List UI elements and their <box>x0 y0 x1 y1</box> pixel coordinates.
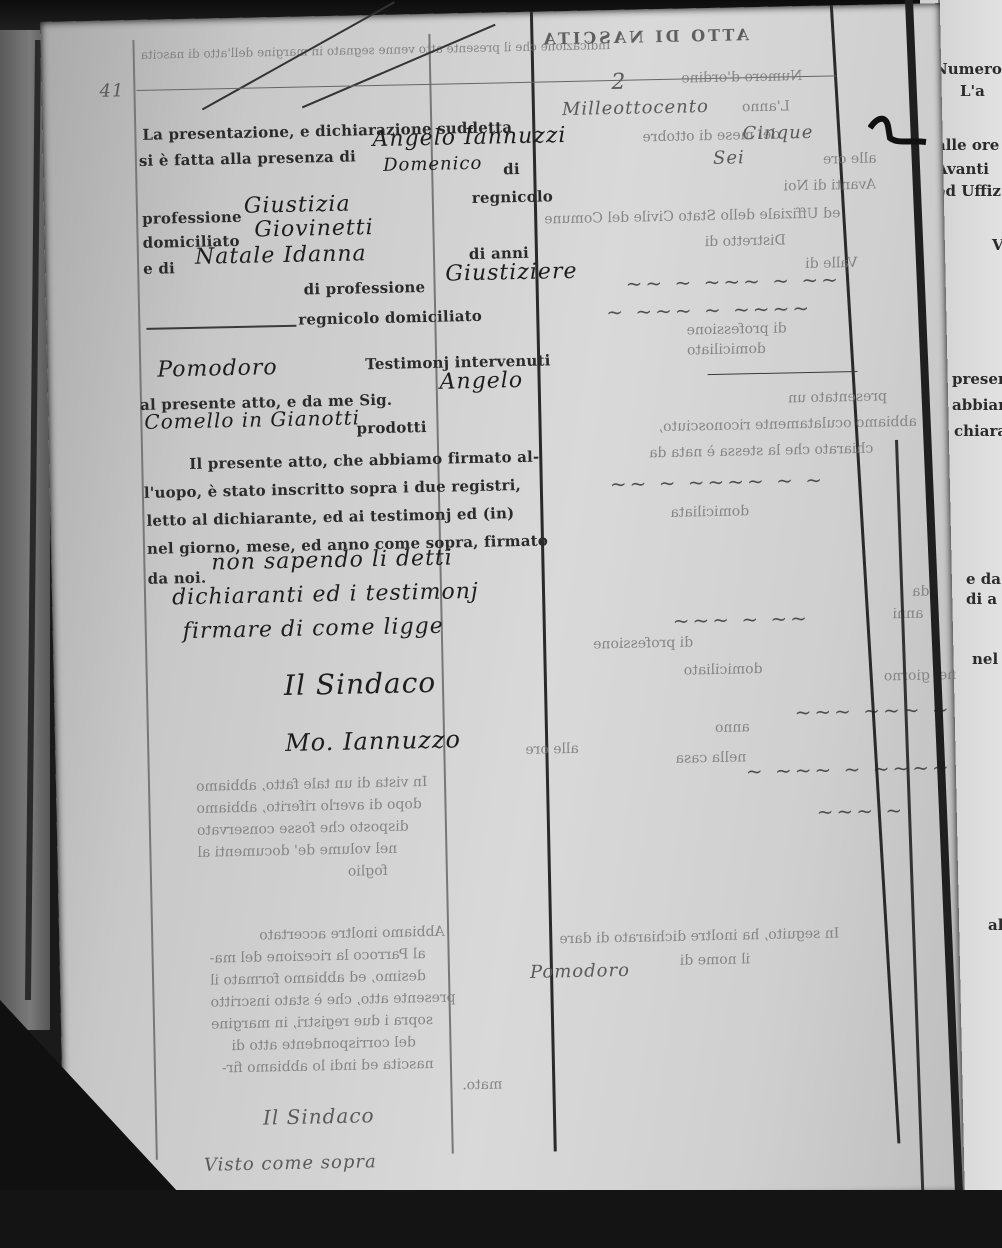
right-page-line: abbiam <box>952 396 1002 414</box>
mirrored-text: domiciliato <box>687 341 766 359</box>
handwritten-note: dichiaranti ed i testimonj <box>172 579 479 610</box>
right-page-line: L'a <box>960 82 985 100</box>
handwritten-day: Cinque <box>742 122 813 144</box>
handwritten-place: Giovinetti <box>254 215 374 242</box>
bleed-through-ink: ~ ~~~ ~ ~~~~ <box>746 755 952 783</box>
mirrored-text: Avanti di Noi <box>783 177 876 195</box>
mirrored-text: chiarato che la stessa è nata da <box>649 441 873 462</box>
right-page-line: ed Uffiz <box>936 182 1001 200</box>
bleed-through-ink: ~~ ~ ~~~ ~ ~~ <box>625 267 841 296</box>
photo-background-bottom <box>0 1190 1002 1248</box>
mirrored-text: Abbiamo inoltre accertato <box>259 924 445 944</box>
handwritten-name: Angelo Iannuzzi <box>372 123 566 152</box>
mirrored-text: Numero d'ordine <box>681 68 802 87</box>
mirrored-text: di professione <box>686 320 786 338</box>
bleed-through-ink: ~~~ ~~~ ~ <box>794 697 951 724</box>
handwritten-profession: Giustizia <box>244 192 351 219</box>
mirrored-text: mato. <box>462 1077 502 1094</box>
right-page-line: al <box>988 916 1002 934</box>
right-page-line: Avanti <box>936 160 989 178</box>
bottom-signature: Il Sindaco <box>263 1103 375 1129</box>
mirrored-text: disposto che fosse conservato <box>197 818 409 838</box>
handwritten-name: Angelo <box>439 368 523 395</box>
fill-line <box>708 371 858 375</box>
mirrored-text: In vista di un tale fatto, abbiamo <box>196 774 428 795</box>
right-page-line: chiara <box>954 422 1002 440</box>
mirrored-text: presentato un <box>788 388 887 406</box>
right-page-line: di a <box>966 590 997 608</box>
mirrored-text: di professione <box>593 634 693 652</box>
mirrored-text: L'anno <box>742 98 790 115</box>
handwritten-name: Natale Idanna <box>195 241 367 270</box>
mirrored-text: desimo, ed abbiamo formato il <box>210 968 426 989</box>
fill-line <box>146 325 296 330</box>
mirrored-text: presente atto, che è stato inscritto <box>210 990 455 1011</box>
handwritten-number: 2 <box>611 70 627 95</box>
right-page-line: e da <box>966 570 1001 588</box>
handwritten-note: non sapendo li detti <box>211 545 453 575</box>
mirrored-text: sopra i due registri, in margine <box>211 1012 433 1033</box>
right-page-line: nel <box>972 650 998 668</box>
handwritten-name: Comello in Gianotti <box>144 405 360 434</box>
handwritten-name: Pomodoro <box>157 355 278 383</box>
mirrored-text: al Parroco la ricezione del ma- <box>209 946 425 967</box>
handwritten-hour: Sei <box>713 147 745 169</box>
printed-line: regnicolo domiciliato <box>298 307 482 329</box>
mirrored-text: ed Uffiziale dello Stato Civile del Comu… <box>544 205 840 227</box>
document-page: Indicazione che il presente atto venne s… <box>40 3 965 1212</box>
right-page-line: Numero <box>934 60 1002 78</box>
header-mirrored: ATTO DI NASCITA <box>540 25 749 48</box>
mirrored-text: nascita ed indi lo abbiamo fir- <box>222 1056 434 1076</box>
mirrored-text: da <box>912 583 930 599</box>
mirrored-text: anni <box>892 606 923 623</box>
mirrored-text: dopo di averlo riferito, abbiamo <box>196 796 422 817</box>
signature: Mo. Iannuzzo <box>285 725 461 757</box>
mirrored-text: nel volume de' documenti al <box>197 841 397 861</box>
bottom-signature: Visto come sopra <box>204 1151 377 1176</box>
printed-line: letto al dichiarante, ed ai testimonj ed… <box>146 504 514 530</box>
mirrored-text: anno <box>715 719 750 736</box>
mirrored-text: alle ore <box>525 741 579 758</box>
printed-line: Il presente atto, che abbiamo firmato al… <box>189 448 539 473</box>
right-page-line: alle ore <box>936 136 999 154</box>
signature-sindaco: Il Sindaco <box>284 666 437 702</box>
bleed-through-ink: ~~~ ~ ~~ <box>672 606 810 633</box>
handwritten-note: firmare di come ligge <box>183 614 444 644</box>
mirrored-text: Distretto di <box>705 232 786 250</box>
mirrored-text: del corrispondente atto di <box>231 1034 416 1054</box>
mirrored-text: domiciliata <box>670 503 749 521</box>
mirrored-text: nella casa <box>675 749 746 766</box>
right-page-line: presen <box>952 370 1002 388</box>
left-margin-rule <box>132 40 157 1160</box>
mirrored-text: domiciliato <box>684 661 763 679</box>
handwritten-year: Milleottocento <box>562 96 709 120</box>
mirrored-text: nel giorno <box>884 667 957 685</box>
mirrored-text: foglio <box>348 863 388 880</box>
bleed-through-ink: ~~ ~ ~~~~ ~ ~ <box>610 468 826 497</box>
printed-line: e di <box>143 259 175 278</box>
mirrored-text: abbiamo oculatamente riconosciuto, <box>658 414 916 435</box>
printed-line: di <box>503 160 520 178</box>
printed-line: si è fatta alla presenza di <box>139 147 356 170</box>
handwritten-profession: Giustiziere <box>445 259 578 287</box>
handwritten-name: Domenico <box>383 153 483 176</box>
printed-line: prodotti <box>356 418 426 437</box>
printed-line: professione <box>142 208 242 228</box>
margin-number: 41 <box>99 80 124 102</box>
mirrored-text: In seguito, ha inoltre dichiarato di dar… <box>559 925 839 947</box>
handwritten-name: Pomodoro <box>530 960 630 983</box>
mirrored-text: alle ore <box>823 151 877 168</box>
mirrored-text: il nome di <box>680 951 751 968</box>
printed-line: l'uopo, è stato inscritto sopra i due re… <box>144 476 521 502</box>
printed-line: di professione <box>303 278 425 299</box>
right-page-line: V <box>992 236 1002 254</box>
printed-line: regnicolo <box>472 187 554 207</box>
binding-thread-icon <box>868 112 928 152</box>
bleed-through-ink: ~~~ ~ <box>816 798 905 824</box>
